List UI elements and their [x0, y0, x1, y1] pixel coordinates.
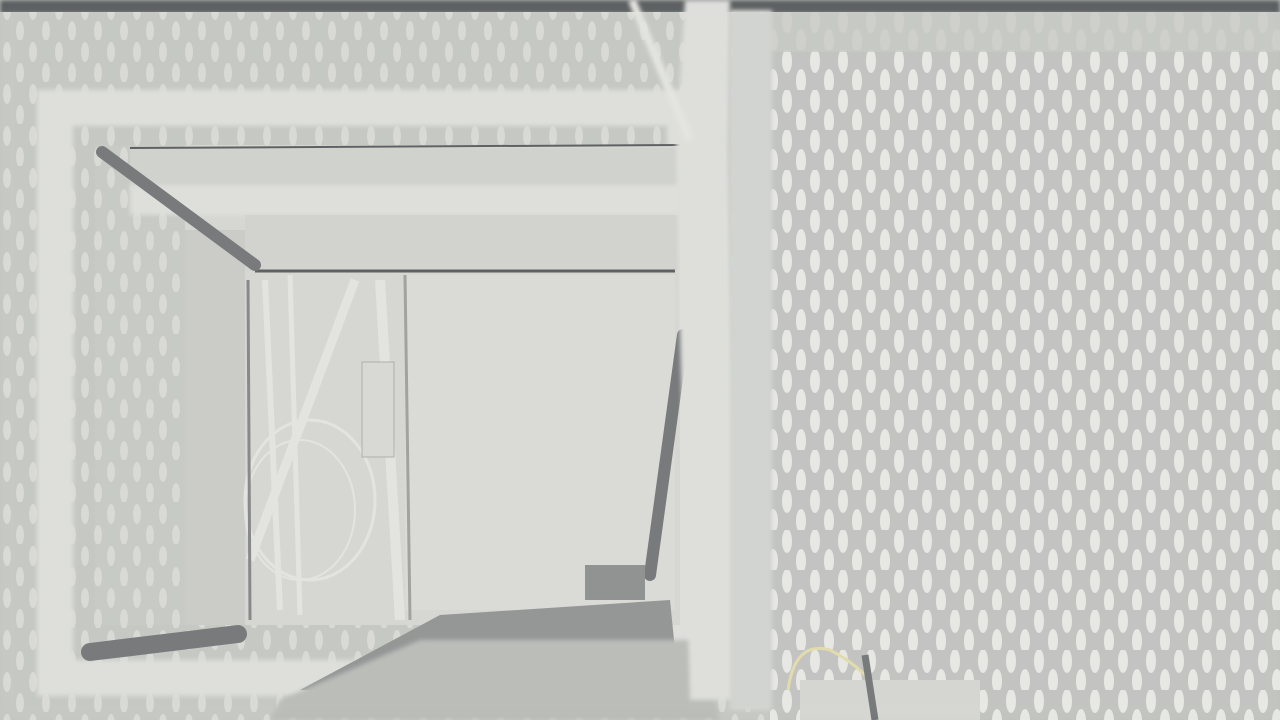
frosted-grating-photo [0, 0, 1280, 720]
